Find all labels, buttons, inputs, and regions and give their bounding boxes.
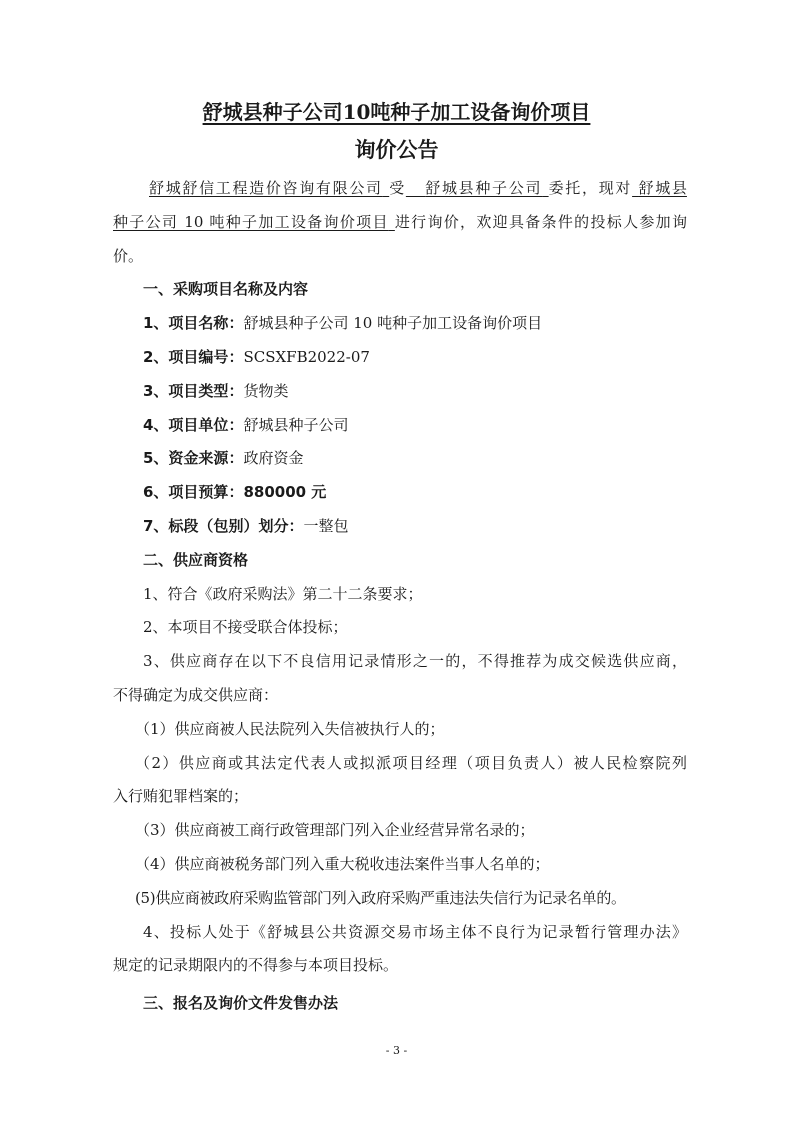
item-budget: 6、项目预算：880000 元: [113, 476, 687, 510]
project-name-part2: 种子公司 10 吨种子加工设备询价项目: [113, 213, 389, 231]
intro-line-3: 价。: [113, 240, 687, 274]
intro-text-1: 受: [389, 179, 406, 197]
section2-heading: 二、供应商资格: [113, 544, 687, 578]
underline-gap: [406, 179, 425, 197]
item-label: 4、项目单位：: [143, 416, 243, 434]
intro-text-2: 委托，现对: [549, 179, 632, 197]
item-label: 3、项目类型：: [143, 382, 243, 400]
item-project-name: 1、项目名称：舒城县种子公司 10 吨种子加工设备询价项目: [113, 307, 687, 341]
item-funding-source: 5、资金来源：政府资金: [113, 442, 687, 476]
requirement-3-line-1: 3、供应商存在以下不良信用记录情形之一的，不得推荐为成交候选供应商，: [113, 645, 687, 679]
item-value: 舒城县种子公司 10 吨种子加工设备询价项目: [243, 314, 542, 332]
item-value: 一整包: [303, 517, 348, 535]
item-value: 舒城县种子公司: [243, 416, 348, 434]
intro-line-2: 种子公司 10 吨种子加工设备询价项目 进行询价，欢迎具备条件的投标人参加询: [113, 206, 687, 240]
document-subtitle: 询价公告: [0, 134, 793, 164]
sub-requirement-2-line-2: 入行贿犯罪档案的；: [113, 780, 687, 814]
item-project-type: 3、项目类型：货物类: [113, 375, 687, 409]
document-page: 舒城县种子公司10吨种子加工设备询价项目 询价公告 舒城舒信工程造价咨询有限公司…: [0, 0, 793, 1122]
sub-requirement-1: （1）供应商被人民法院列入失信被执行人的；: [113, 713, 687, 747]
item-label: 2、项目编号：: [143, 348, 243, 366]
sub-requirement-4: （4）供应商被税务部门列入重大税收违法案件当事人名单的；: [113, 848, 687, 882]
section1-heading: 一、采购项目名称及内容: [113, 273, 687, 307]
document-body: 舒城舒信工程造价咨询有限公司 受 舒城县种子公司 委托，现对 舒城县 种子公司 …: [113, 172, 687, 1021]
requirement-4-line-2: 规定的记录期限内的不得参与本项目投标。: [113, 949, 687, 983]
item-value: SCSXFB2022-07: [243, 348, 369, 366]
item-value: 880000 元: [243, 483, 326, 501]
item-label: 7、标段（包别）划分：: [143, 517, 303, 535]
item-label: 5、资金来源：: [143, 449, 243, 467]
item-value: 货物类: [243, 382, 288, 400]
title-text: 舒城县种子公司10吨种子加工设备询价项目: [203, 100, 591, 124]
project-name-part1: 舒城县: [639, 179, 687, 197]
requirement-2: 2、本项目不接受联合体投标；: [113, 611, 687, 645]
sub-requirement-5: (5)供应商被政府采购监管部门列入政府采购严重违法失信行为记录名单的。: [113, 882, 687, 916]
item-label: 1、项目名称：: [143, 314, 243, 332]
requirement-1: 1、符合《政府采购法》第二十二条要求；: [113, 578, 687, 612]
sub-requirement-2-line-1: （2）供应商或其法定代表人或拟派项目经理（项目负责人）被人民检察院列: [113, 747, 687, 781]
item-project-unit: 4、项目单位：舒城县种子公司: [113, 409, 687, 443]
sub-requirement-3: （3）供应商被工商行政管理部门列入企业经营异常名录的；: [113, 814, 687, 848]
client-name: 舒城县种子公司: [425, 179, 542, 197]
page-number: - 3 -: [0, 1044, 793, 1057]
section3-heading: 三、报名及询价文件发售办法: [113, 987, 687, 1021]
intro-line-1: 舒城舒信工程造价咨询有限公司 受 舒城县种子公司 委托，现对 舒城县: [113, 172, 687, 206]
intro-text-3: 进行询价，欢迎具备条件的投标人参加询: [395, 213, 687, 231]
item-project-number: 2、项目编号：SCSXFB2022-07: [113, 341, 687, 375]
item-lot-division: 7、标段（包别）划分：一整包: [113, 510, 687, 544]
item-value: 政府资金: [243, 449, 303, 467]
requirement-4-line-1: 4、投标人处于《舒城县公共资源交易市场主体不良行为记录暂行管理办法》: [113, 916, 687, 950]
document-title: 舒城县种子公司10吨种子加工设备询价项目: [0, 96, 793, 125]
agent-name: 舒城舒信工程造价咨询有限公司: [149, 179, 383, 197]
item-label: 6、项目预算：: [143, 483, 243, 501]
requirement-3-line-2: 不得确定为成交供应商：: [113, 679, 687, 713]
